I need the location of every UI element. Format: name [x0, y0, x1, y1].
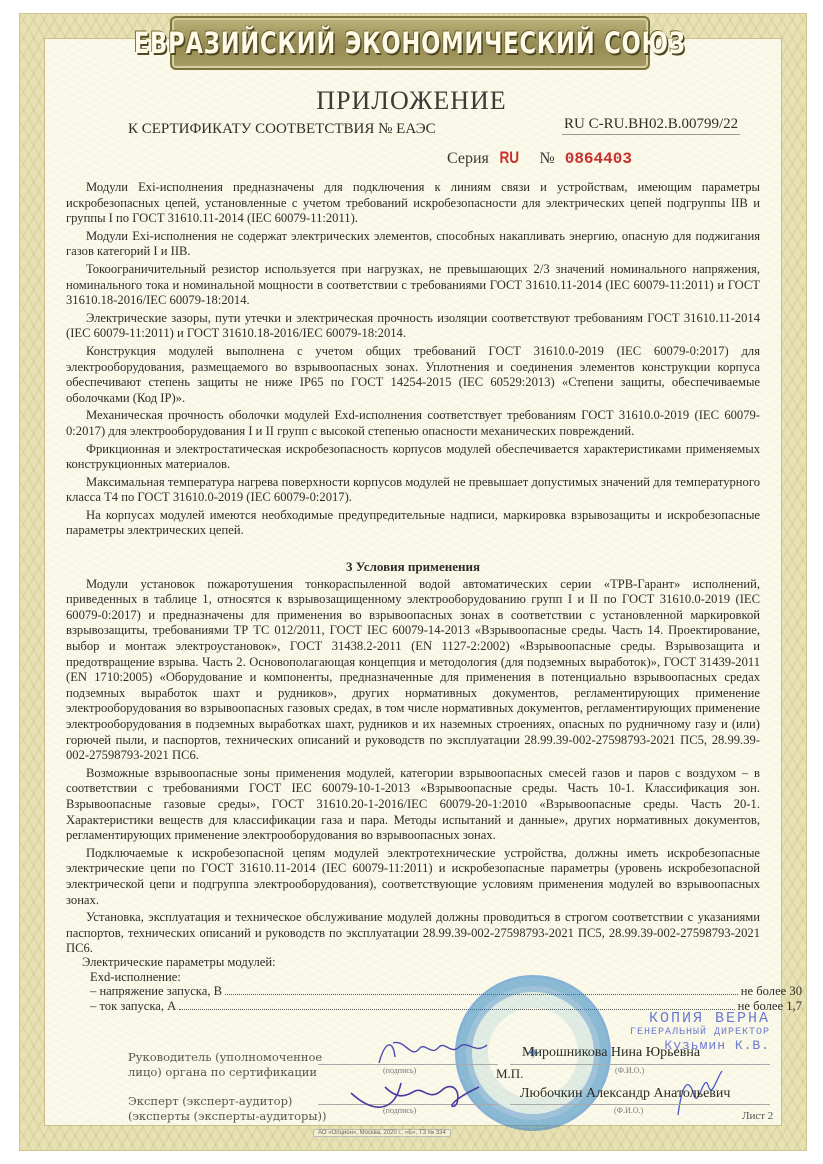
head-name-line: [510, 1064, 770, 1065]
fio-caption: (Ф.И.О.): [614, 1106, 643, 1115]
paragraph: Установка, эксплуатация и техническое об…: [66, 910, 760, 957]
fio-caption: (Ф.И.О.): [615, 1066, 644, 1075]
page-title: ПРИЛОЖЕНИЕ: [0, 86, 823, 116]
param-row: – напряжение запуска, В не более 30: [82, 984, 802, 999]
copy-stamp-line: КОПИЯ ВЕРНА: [630, 1010, 770, 1027]
number-label: №: [539, 150, 554, 167]
paragraph: Модули установок пожаротушения тонкорасп…: [66, 577, 760, 764]
document-body: Модули Exi-исполнения предназначены для …: [66, 180, 760, 959]
paragraph: На корпусах модулей имеются необходимые …: [66, 508, 760, 539]
certificate-subtitle: К СЕРТИФИКАТУ СООТВЕТСТВИЯ № ЕАЭС: [128, 121, 436, 138]
series-label: Серия: [447, 150, 489, 167]
paragraph: Конструкция модулей выполнена с учетом о…: [66, 344, 760, 406]
paragraph: Токоограничительный резистор используетс…: [66, 262, 760, 309]
sheet-number: Лист 2: [742, 1110, 773, 1122]
params-subheading: Exd-исполнение:: [82, 970, 802, 985]
expert-label: Эксперт (эксперт-аудитор) (эксперты (экс…: [128, 1094, 327, 1124]
union-banner: ЕВРАЗИЙСКИЙ ЭКОНОМИЧЕСКИЙ СОЮЗ: [170, 16, 650, 70]
series-value: RU: [499, 148, 519, 168]
certificate-number: RU C-RU.BH02.B.00799/22: [562, 116, 740, 135]
param-label: – напряжение запуска, В: [90, 984, 222, 999]
copy-stamp-line: ГЕНЕРАЛЬНЫЙ ДИРЕКТОР: [630, 1027, 770, 1038]
expert-name: Любочкин Александр Анатольевич: [520, 1086, 730, 1102]
paragraph: Модули Exi-исполнения не содержат электр…: [66, 229, 760, 260]
paragraph: Максимальная температура нагрева поверхн…: [66, 475, 760, 506]
printer-imprint: АО «Опцион», Москва, 2020 г., «Б», ТЗ № …: [313, 1129, 451, 1137]
paragraph: Механическая прочность оболочки модулей …: [66, 408, 760, 439]
head-name: Мирошникова Нина Юрьевна: [522, 1045, 700, 1061]
head-signature-icon: [375, 1035, 495, 1069]
electrical-parameters: Электрические параметры модулей: Exd-исп…: [82, 955, 802, 1013]
series-line: Серия RU № 0864403: [447, 148, 632, 168]
section-heading: 3 Условия применения: [66, 559, 760, 575]
paragraph: Электрические зазоры, пути утечки и элек…: [66, 311, 760, 342]
paragraph: Фрикционная и электростатическая искробе…: [66, 442, 760, 473]
expert-signature-icon: [345, 1075, 485, 1115]
paragraph: Возможные взрывоопасные зоны применения …: [66, 766, 760, 844]
form-number: 0864403: [565, 150, 632, 168]
head-label: Руководитель (уполномоченное лицо) орган…: [128, 1050, 322, 1080]
param-value: не более 30: [741, 984, 802, 999]
expert-name-line: [510, 1104, 770, 1105]
param-label: – ток запуска, А: [90, 999, 176, 1014]
params-heading: Электрические параметры модулей:: [82, 955, 802, 970]
seal-label: М.П.: [496, 1066, 523, 1082]
paragraph: Модули Exi-исполнения предназначены для …: [66, 180, 760, 227]
paragraph: Подключаемые к искробезопасной цепям мод…: [66, 846, 760, 908]
banner-text: ЕВРАЗИЙСКИЙ ЭКОНОМИЧЕСКИЙ СОЮЗ: [134, 26, 686, 60]
